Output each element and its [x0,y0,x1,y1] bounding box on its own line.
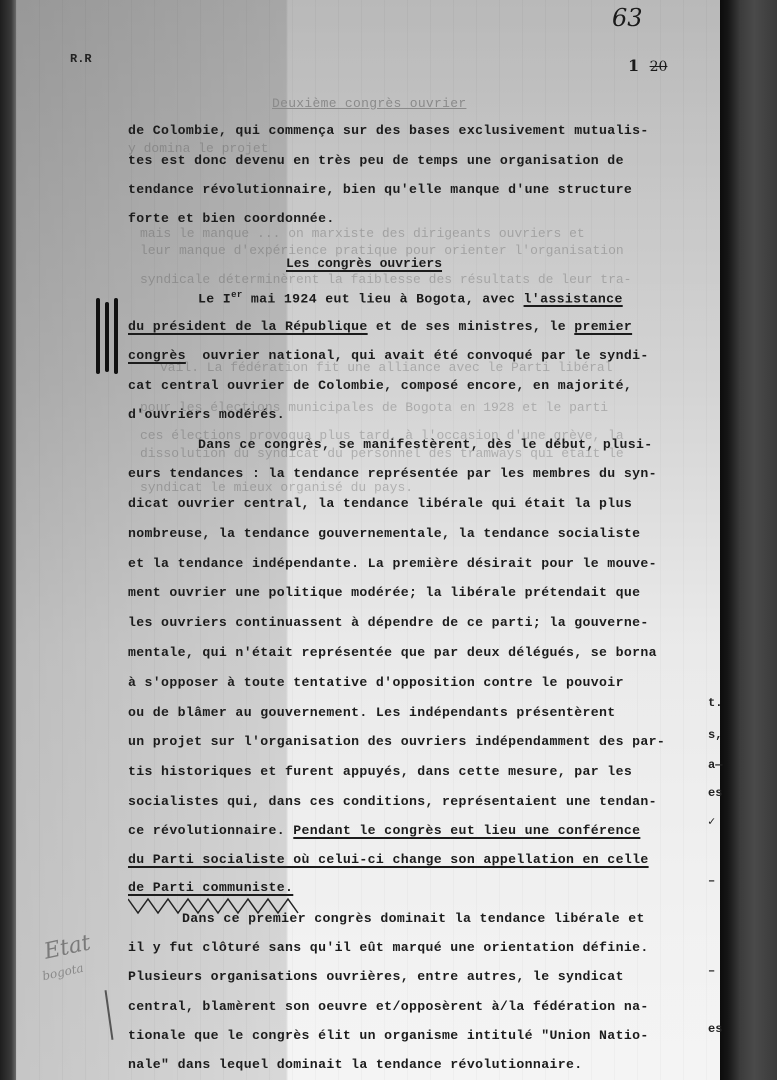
text-line: cat central ouvrier de Colombie, composé… [128,378,632,393]
text-line: à s'opposer à toute tentative d'oppositi… [128,675,624,690]
text-line: nombreuse, la tendance gouvernementale, … [128,526,640,541]
text-line: ou de blâmer au gouvernement. Les indépe… [128,705,616,720]
edge-fragment: es [708,786,722,800]
text-line: du Parti socialiste où celui-ci change s… [128,852,649,867]
text-line: d'ouvriers modérés. [128,407,285,422]
text-line: tionale que le congrès élit un organisme… [128,1028,649,1043]
text-line: un projet sur l'organisation des ouvrier… [128,734,665,749]
text-line: eurs tendances : la tendance représentée… [128,466,657,481]
edge-fragment: s, [708,728,722,742]
page-number: 63 [612,4,643,32]
text-line: central, blamèrent son oeuvre et/opposèr… [128,999,649,1014]
edge-fragment: ✓ [708,814,715,829]
edge-fragment: t. [708,696,722,710]
text-line: du président de la République et de ses … [128,319,632,334]
text-line: de Colombie, qui commença sur des bases … [128,123,649,138]
edge-fragment: es [708,1022,722,1036]
text-line: tis historiques et furent appuyés, dans … [128,764,632,779]
page-sub-new: 1 [628,56,639,75]
text-line: les ouvriers continuassent à dépendre de… [128,615,649,630]
bleed-line: syndicale déterminèrent la faiblesse des… [140,272,631,287]
text-line: mentale, qui n'était représentée que par… [128,645,657,660]
margin-emphasis-bars [96,298,122,376]
text-line: Dans ce premier congrès dominait la tend… [182,911,645,926]
reference-mark: R.R [70,52,92,66]
section-heading: Les congrès ouvriers [286,256,442,271]
text-line: et la tendance indépendante. La première… [128,556,657,571]
page-sub-number: 1 20 [628,56,667,75]
text-line: ce révolutionnaire. Pendant le congrès e… [128,823,640,838]
text-line: tes est donc devenu en très peu de temps… [128,153,624,168]
text-line: congrès ouvrier national, qui avait été … [128,348,649,363]
text-line: ment ouvrier une politique modérée; la l… [128,585,640,600]
page-sub-struck: 20 [650,59,668,75]
scan-right-edge [720,0,777,1080]
text-line: il y fut clôturé sans qu'il eût marqué u… [128,940,649,955]
text-line: socialistes qui, dans ces conditions, re… [128,794,657,809]
text-line: Plusieurs organisations ouvrières, entre… [128,969,624,984]
text-line: nale" dans lequel dominait la tendance r… [128,1057,583,1072]
bleed-line: mais le manque ... on marxiste des dirig… [140,226,585,241]
text-line: Le Ier mai 1924 eut lieu à Bogota, avec … [198,290,623,306]
bleed-line: syndicat le mieux organisé du pays. [140,480,413,495]
edge-fragment: a— [708,758,722,772]
text-line: tendance révolutionnaire, bien qu'elle m… [128,182,632,197]
edge-fragment: – [708,964,715,978]
text-line: forte et bien coordonnée. [128,211,335,226]
text-line: dicat ouvrier central, la tendance libér… [128,496,632,511]
edge-fragment: – [708,874,715,888]
text-line: Dans ce congrès, se manifestèrent, dès l… [198,437,653,452]
text-line: de Parti communiste. [128,880,293,895]
scan-left-edge [0,0,16,1080]
ghost-title: Deuxième congrès ouvrier [272,96,466,111]
